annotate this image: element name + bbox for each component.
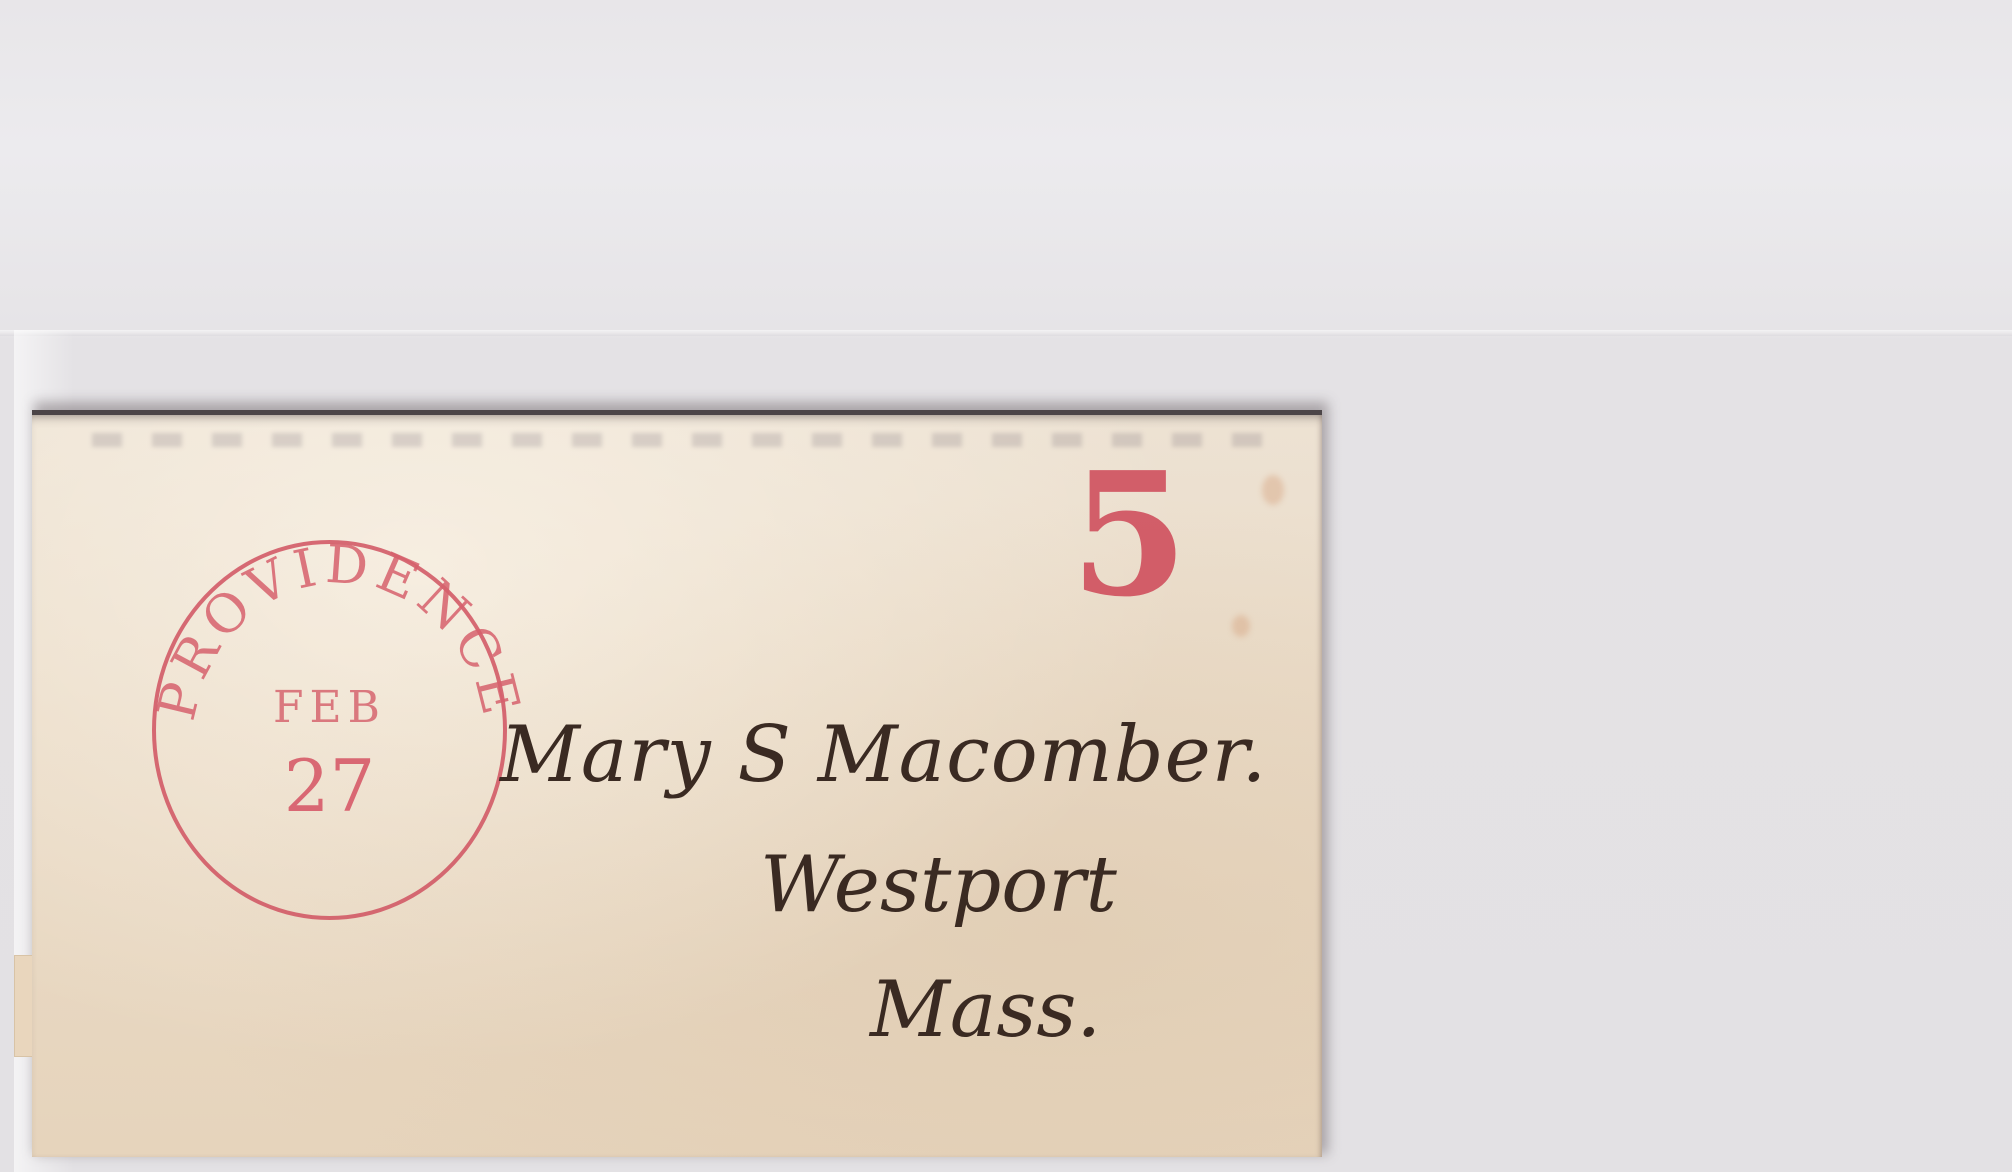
- postmark-month: FEB: [156, 682, 503, 733]
- foxing-spot: [1232, 615, 1250, 637]
- sleeve-upper-band: [0, 0, 2012, 332]
- postmark-day: 27: [156, 744, 503, 828]
- address-town: Westport: [760, 840, 1117, 930]
- foxing-spot: [1262, 475, 1284, 505]
- address-state: Mass.: [870, 965, 1101, 1055]
- rate-marking: 5: [1070, 450, 1188, 620]
- sleeve-edge: [0, 330, 2012, 336]
- addressee-name: Mary S Macomber.: [500, 710, 1267, 800]
- circular-date-stamp: PROVIDENCE FEB 27: [152, 540, 507, 920]
